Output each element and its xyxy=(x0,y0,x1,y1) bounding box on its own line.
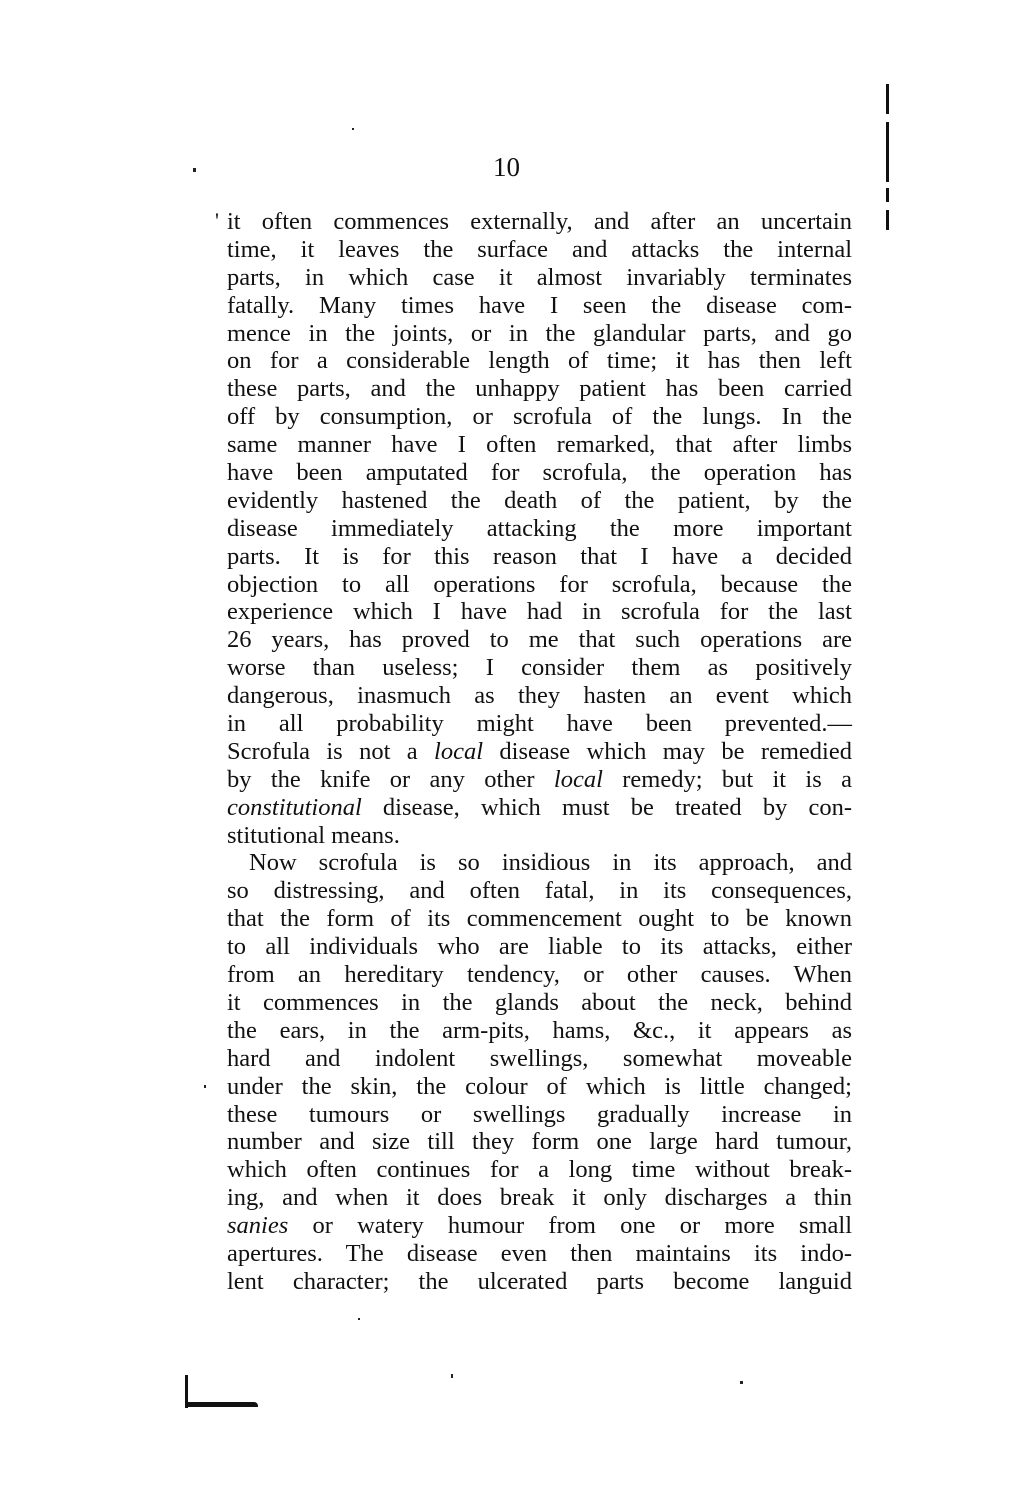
text-line: apertures. The disease even then maintai… xyxy=(227,1240,852,1268)
text-line: parts, in which case it almost invariabl… xyxy=(227,264,852,292)
body-text: ' it often commences externally, and aft… xyxy=(227,208,852,1296)
text-line: constitutional disease, which must be tr… xyxy=(227,794,852,822)
text-line: lent character; the ulcerated parts beco… xyxy=(227,1268,852,1296)
opening-quote-mark: ' xyxy=(215,208,219,234)
text-line: time, it leaves the surface and attacks … xyxy=(227,236,852,264)
paragraph-2: Now scrofula is so insidious in its appr… xyxy=(227,849,852,1295)
text-line: it often commences externally, and after… xyxy=(227,208,852,236)
text-line: objection to all operations for scrofula… xyxy=(227,571,852,599)
scan-speck xyxy=(451,1374,453,1378)
text-line: ing, and when it does break it only disc… xyxy=(227,1184,852,1212)
text-line: worse than useless; I consider them as p… xyxy=(227,654,852,682)
text-line: 26 years, has proved to me that such ope… xyxy=(227,626,852,654)
text-line: by the knife or any other local remedy; … xyxy=(227,766,852,794)
scan-speck xyxy=(358,1318,360,1320)
text-line: under the skin, the colour of which is l… xyxy=(227,1073,852,1101)
text-line: parts. It is for this reason that I have… xyxy=(227,543,852,571)
text-line: Scrofula is not a local disease which ma… xyxy=(227,738,852,766)
text-line: hard and indolent swellings, somewhat mo… xyxy=(227,1045,852,1073)
text-line: in all probability might have been preve… xyxy=(227,710,852,738)
text-line: experience which I have had in scrofula … xyxy=(227,598,852,626)
crop-mark-icon xyxy=(185,1402,258,1407)
text-line: on for a considerable length of time; it… xyxy=(227,347,852,375)
text-line: number and size till they form one large… xyxy=(227,1128,852,1156)
text-line: these parts, and the unhappy patient has… xyxy=(227,375,852,403)
scan-speck xyxy=(204,1085,206,1088)
text-line: have been amputated for scrofula, the op… xyxy=(227,459,852,487)
text-line: the ears, in the arm-pits, hams, &c., it… xyxy=(227,1017,852,1045)
text-line: which often continues for a long time wi… xyxy=(227,1156,852,1184)
margin-rule-right xyxy=(886,122,889,182)
page-number: 10 xyxy=(0,152,1013,183)
text-line: off by consumption, or scrofula of the l… xyxy=(227,403,852,431)
text-line: sanies or watery humour from one or more… xyxy=(227,1212,852,1240)
paragraph-1: it often commences externally, and after… xyxy=(227,208,852,849)
scan-speck xyxy=(193,168,196,172)
text-line: so distressing, and often fatal, in its … xyxy=(227,877,852,905)
text-line: mence in the joints, or in the glandular… xyxy=(227,320,852,348)
scan-speck xyxy=(352,128,354,130)
text-line: dangerous, inasmuch as they hasten an ev… xyxy=(227,682,852,710)
margin-rule-right xyxy=(886,84,889,114)
text-line: Now scrofula is so insidious in its appr… xyxy=(227,849,852,877)
margin-rule-right xyxy=(886,188,889,202)
text-line: from an hereditary tendency, or other ca… xyxy=(227,961,852,989)
text-line: these tumours or swellings gradually inc… xyxy=(227,1101,852,1129)
text-line: same manner have I often remarked, that … xyxy=(227,431,852,459)
text-line: fatally. Many times have I seen the dise… xyxy=(227,292,852,320)
text-line: disease immediately attacking the more i… xyxy=(227,515,852,543)
text-line: evidently hastened the death of the pati… xyxy=(227,487,852,515)
scan-speck xyxy=(740,1381,743,1384)
text-line: that the form of its commencement ought … xyxy=(227,905,852,933)
margin-rule-right xyxy=(886,210,889,230)
text-line: it commences in the glands about the nec… xyxy=(227,989,852,1017)
text-line: stitutional means. xyxy=(227,822,852,850)
text-line: to all individuals who are liable to its… xyxy=(227,933,852,961)
